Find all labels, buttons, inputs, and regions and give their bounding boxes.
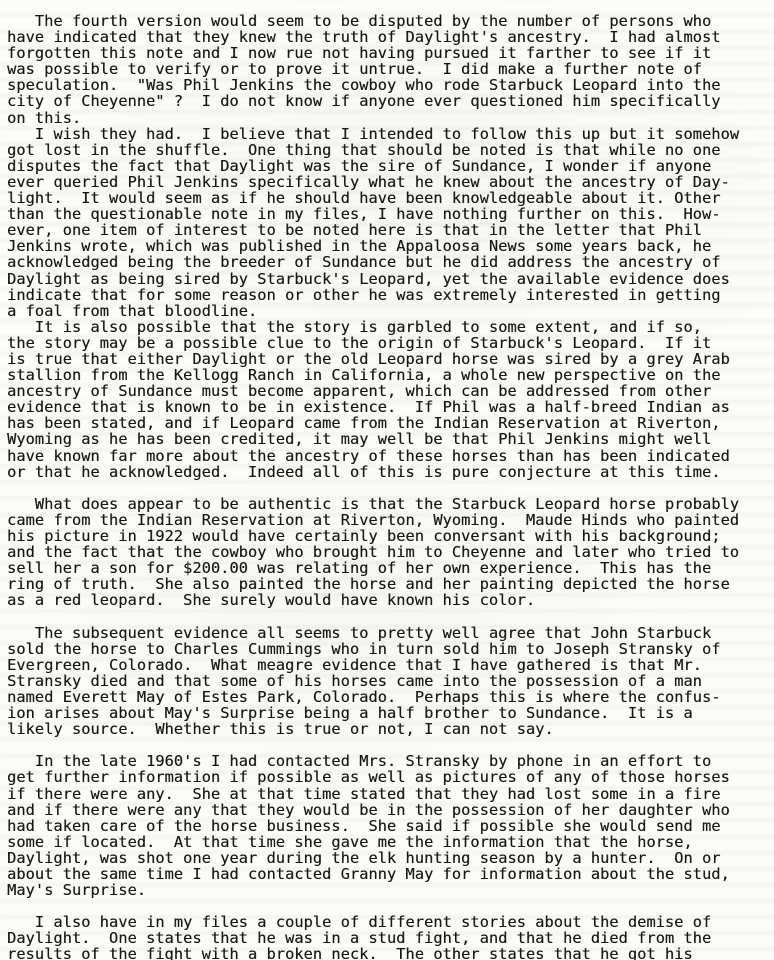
- paragraph-authentic-starbuck: What does appear to be authentic is that…: [7, 496, 772, 609]
- paragraph-story-garbled: It is also possible that the story is ga…: [7, 319, 772, 480]
- paragraph-contacted-mrs-stransky: In the late 1960's I had contacted Mrs. …: [7, 753, 772, 898]
- paragraph-fourth-version: The fourth version would seem to be disp…: [7, 13, 772, 126]
- paragraph-demise-of-daylight: I also have in my files a couple of diff…: [7, 914, 772, 960]
- document-page: The fourth version would seem to be disp…: [0, 0, 774, 960]
- paragraph-subsequent-evidence: The subsequent evidence all seems to pre…: [7, 625, 772, 738]
- paragraph-i-wish-they-had: I wish they had. I believe that I intend…: [7, 126, 772, 319]
